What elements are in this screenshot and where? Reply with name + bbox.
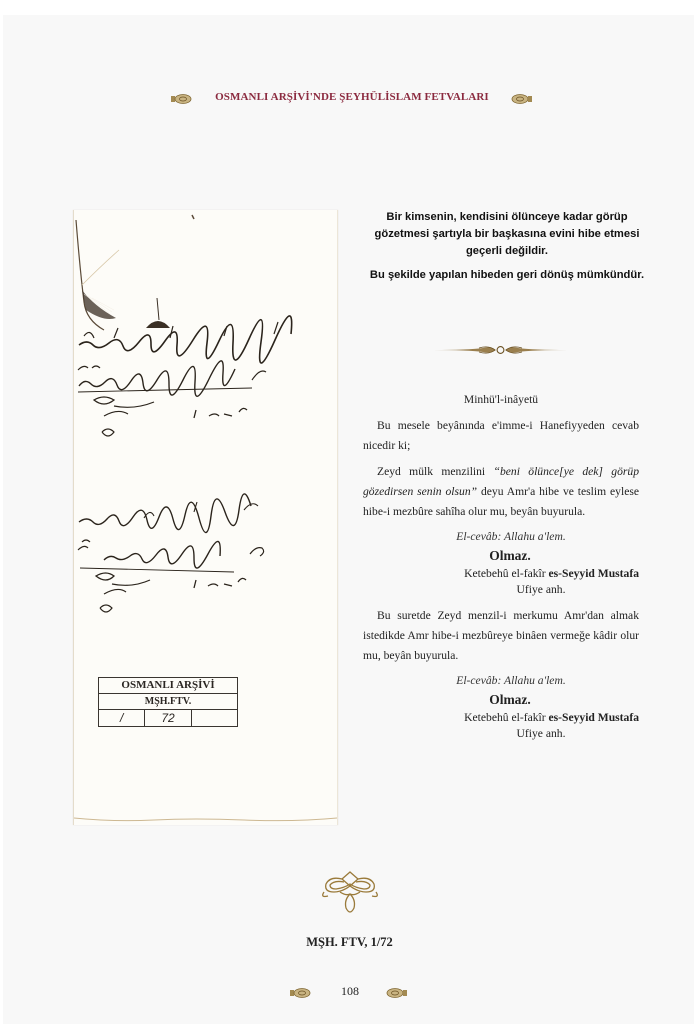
right-rod-ornament-icon bbox=[508, 92, 648, 106]
answer-1: Olmaz. bbox=[363, 546, 639, 566]
invocation-heading: Minhü'l-inâyetü bbox=[363, 390, 639, 410]
left-rod-ornament-icon bbox=[60, 92, 200, 106]
left-rod-ornament-icon bbox=[125, 986, 315, 1000]
stamp-cell-number: 72 bbox=[145, 710, 191, 726]
page-number: 108 bbox=[330, 984, 370, 999]
archive-reference: MŞH. FTV, 1/72 bbox=[0, 935, 699, 950]
answer-2-intro: El-cevâb: Allahu a'lem. bbox=[363, 672, 639, 690]
archive-stamp: OSMANLI ARŞİVİ MŞH.FTV. / 72 bbox=[98, 677, 238, 727]
signature-1-prefix: Ketebehû el-fakîr bbox=[464, 567, 548, 580]
signature-2-prefix: Ketebehû el-fakîr bbox=[464, 711, 548, 724]
summary-paragraph: Bir kimsenin, kendisini ölünceye kadar g… bbox=[364, 209, 650, 260]
signature-2-name: es-Seyyid Mustafa bbox=[549, 711, 640, 724]
stamp-collection-code: MŞH.FTV. bbox=[99, 694, 237, 710]
answer-2: Olmaz. bbox=[363, 690, 639, 710]
stamp-archive-name: OSMANLI ARŞİVİ bbox=[99, 678, 237, 694]
divider-ornament-icon bbox=[433, 343, 568, 357]
fetva-body: Minhü'l-inâyetü Bu mesele beyânında e'im… bbox=[363, 390, 639, 750]
signature-1: Ketebehû el-fakîr es-Seyyid Mustafa bbox=[363, 566, 639, 582]
stamp-cell-empty bbox=[192, 710, 237, 726]
answer-1-intro: El-cevâb: Allahu a'lem. bbox=[363, 528, 639, 546]
manuscript-handwriting-icon bbox=[74, 210, 337, 825]
running-head-title: OSMANLI ARŞİVİ'NDE ŞEYHÜLİSLAM FETVALARI bbox=[214, 91, 490, 103]
knot-ornament-icon bbox=[320, 870, 380, 918]
page-footer: 108 bbox=[0, 982, 699, 1004]
question-2: Bu suretde Zeyd menzil-i merkumu Amr'dan… bbox=[363, 606, 639, 666]
manuscript-scan: OSMANLI ARŞİVİ MŞH.FTV. / 72 bbox=[73, 210, 338, 825]
signature-1-tail: Ufiye anh. bbox=[363, 582, 639, 598]
signature-1-name: es-Seyyid Mustafa bbox=[549, 567, 640, 580]
signature-2-tail: Ufiye anh. bbox=[363, 726, 639, 742]
fetva-summary: Bir kimsenin, kendisini ölünceye kadar g… bbox=[364, 209, 650, 291]
question-1-text: Zeyd mülk menzilini bbox=[377, 465, 494, 478]
summary-paragraph: Bu şekilde yapılan hibeden geri dönüş mü… bbox=[364, 267, 650, 284]
stamp-cell-volume: / bbox=[99, 710, 145, 726]
question-1: Zeyd mülk menzilini “beni ölünce[ye dek]… bbox=[363, 462, 639, 522]
right-rod-ornament-icon bbox=[383, 986, 573, 1000]
signature-2: Ketebehû el-fakîr es-Seyyid Mustafa bbox=[363, 710, 639, 726]
question-intro: Bu mesele beyânında e'imme-i Hanefiyyede… bbox=[363, 416, 639, 456]
running-head: OSMANLI ARŞİVİ'NDE ŞEYHÜLİSLAM FETVALARI bbox=[0, 88, 699, 110]
